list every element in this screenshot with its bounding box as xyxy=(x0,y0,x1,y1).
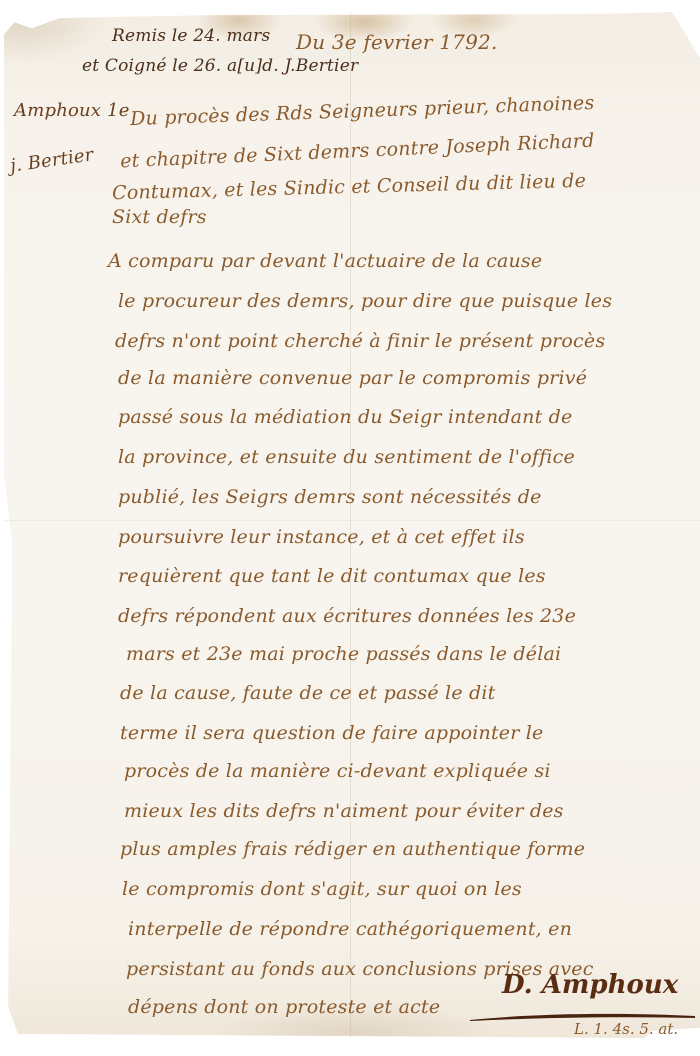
body-line: Sixt defrs xyxy=(112,206,207,228)
body-line: mars et 23e mai proche passés dans le dé… xyxy=(126,643,561,665)
body-line: A comparu par devant l'actuaire de la ca… xyxy=(108,250,542,272)
body-line: dépens dont on proteste et acte xyxy=(128,996,440,1018)
body-line: requièrent que tant le dit contumax que … xyxy=(118,565,546,587)
body-line: de la manière convenue par le compromis … xyxy=(118,367,587,389)
header-note-line1: Remis le 24. mars xyxy=(112,26,270,46)
body-line: plus amples frais rédiger en authentique… xyxy=(120,838,585,860)
body-line: publié, les Seigrs demrs sont nécessités… xyxy=(118,486,542,508)
paper-fold-horizontal xyxy=(4,520,700,521)
body-line: procès de la manière ci-devant expliquée… xyxy=(124,760,551,782)
header-note-line2: et Coigné le 26. a[u]d. J.Bertier xyxy=(82,56,358,76)
fee-note: L. 1. 4s. 5. at. xyxy=(574,1020,678,1038)
body-line: mieux les dits defrs n'aiment pour évite… xyxy=(124,800,564,822)
document-date: Du 3e fevrier 1792. xyxy=(296,30,498,54)
body-line: la province, et ensuite du sentiment de … xyxy=(118,446,575,468)
body-line: terme il sera question de faire appointe… xyxy=(120,722,544,744)
body-line: passé sous la médiation du Seigr intenda… xyxy=(118,406,573,428)
body-line: defrs n'ont point cherché à finir le pré… xyxy=(115,330,605,352)
signature: D. Amphoux xyxy=(502,970,678,1000)
body-line: interpelle de répondre cathégoriquement,… xyxy=(128,918,572,940)
body-line: defrs répondent aux écritures données le… xyxy=(118,605,576,627)
body-line: poursuivre leur instance, et à cet effet… xyxy=(118,526,525,548)
body-line: le procureur des demrs, pour dire que pu… xyxy=(118,290,612,312)
body-line: le compromis dont s'agit, sur quoi on le… xyxy=(122,878,522,900)
margin-note-amphoux: Amphoux 1e xyxy=(14,100,130,121)
body-line: de la cause, faute de ce et passé le dit xyxy=(120,682,496,704)
